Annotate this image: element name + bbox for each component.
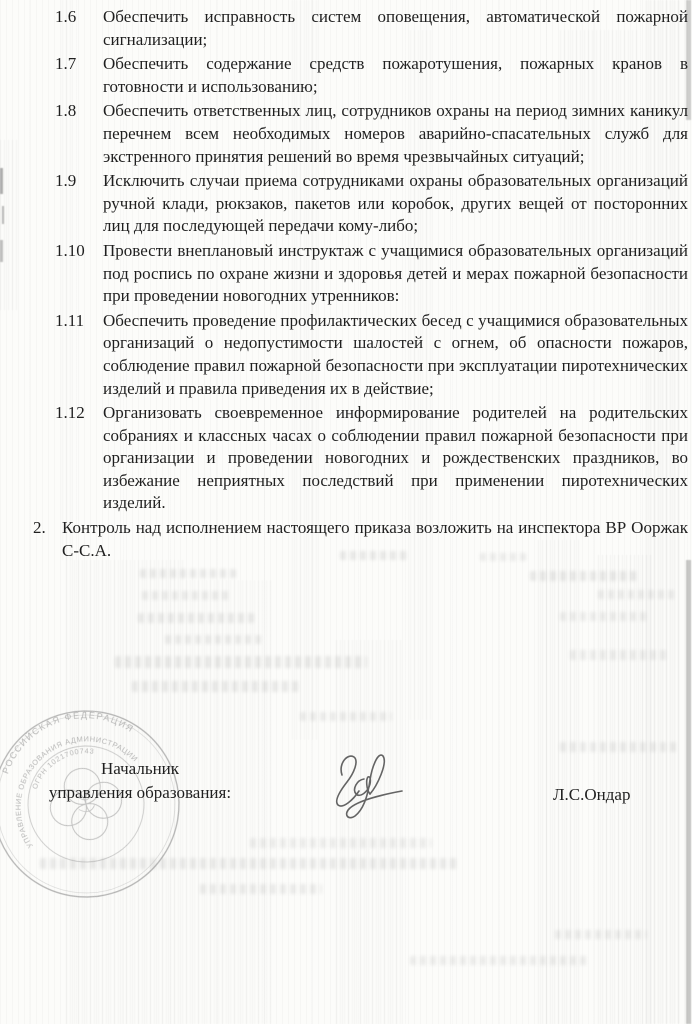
scan-artifact — [0, 168, 3, 194]
bleed-through-smudge — [555, 930, 647, 939]
scan-streak — [336, 640, 402, 1024]
signatory-title: Начальник управления образования: — [38, 757, 242, 805]
bleed-through-smudge — [140, 569, 236, 578]
item-number: 2. — [33, 517, 62, 562]
list-item: 1.11 Обеспечить проведение профилактичес… — [55, 310, 688, 400]
list-item: 1.12 Организовать своевременное информир… — [55, 402, 688, 515]
bleed-through-smudge — [200, 884, 322, 894]
scan-streak — [538, 540, 582, 1024]
bleed-through-smudge — [560, 612, 650, 621]
item-text: Организовать своевременное информировани… — [103, 402, 688, 515]
scan-artifact — [686, 560, 691, 1024]
scanned-document-page: 1.6 Обеспечить исправность систем оповещ… — [0, 0, 692, 1024]
list-item: 1.7 Обеспечить содержание средств пожаро… — [55, 53, 688, 98]
bleed-through-smudge — [530, 571, 636, 581]
item-text: Провести внеплановый инструктаж с учащим… — [103, 240, 688, 308]
item-number: 1.6 — [55, 6, 103, 51]
list-item: 1.6 Обеспечить исправность систем оповещ… — [55, 6, 688, 51]
scan-artifact — [0, 240, 3, 262]
bleed-through-smudge — [138, 613, 254, 623]
signatory-title-line2: управления образования: — [38, 781, 242, 805]
item-number: 1.7 — [55, 53, 103, 98]
list-item: 1.9 Исключить случаи приема сотрудниками… — [55, 170, 688, 238]
list-item: 1.10 Провести внеплановый инструктаж с у… — [55, 240, 688, 308]
signatory-name: Л.С.Ондар — [553, 785, 630, 805]
item-number: 1.8 — [55, 100, 103, 168]
item-text: Исключить случаи приема сотрудниками охр… — [103, 170, 688, 238]
bleed-through-smudge — [570, 650, 670, 660]
scan-artifact — [2, 206, 4, 224]
bleed-through-smudge — [142, 591, 232, 600]
item-number: 1.10 — [55, 240, 103, 308]
bleed-through-smudge — [410, 956, 590, 965]
item-text: Обеспечить ответственных лиц, сотруднико… — [103, 100, 688, 168]
list-item: 1.8 Обеспечить ответственных лиц, сотруд… — [55, 100, 688, 168]
item-number: 1.12 — [55, 402, 103, 515]
item-text: Обеспечить проведение профилактических б… — [103, 310, 688, 400]
order-clauses-list: 1.6 Обеспечить исправность систем оповещ… — [55, 6, 688, 564]
item-text: Обеспечить содержание средств пожаротуше… — [103, 53, 688, 98]
item-text: Контроль над исполнением настоящего прик… — [62, 517, 688, 562]
signatory-title-line1: Начальник — [38, 757, 242, 781]
handwritten-signature — [320, 745, 420, 830]
bleed-through-smudge — [115, 656, 367, 668]
bleed-through-smudge — [165, 635, 261, 644]
bleed-through-smudge — [560, 742, 680, 752]
list-item: 2. Контроль над исполнением настоящего п… — [33, 517, 688, 562]
scan-streak — [0, 140, 18, 310]
bleed-through-smudge — [250, 838, 432, 848]
item-number: 1.9 — [55, 170, 103, 238]
bleed-through-smudge — [598, 590, 678, 599]
bleed-through-smudge — [300, 712, 392, 721]
item-text: Обеспечить исправность систем оповещения… — [103, 6, 688, 51]
item-number: 1.11 — [55, 310, 103, 400]
